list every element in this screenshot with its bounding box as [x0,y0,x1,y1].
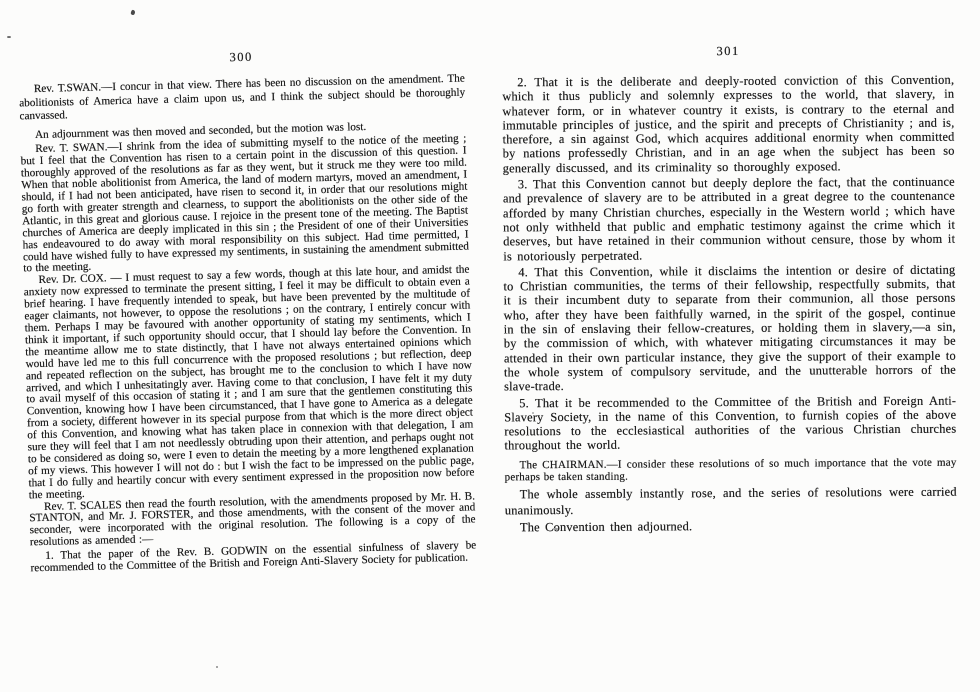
paragraph-resolution-3: 3. That this Convention cannot but deepl… [503,175,956,264]
paragraph-adjourned: The Convention then adjourned. [505,517,957,536]
paragraph-swan-shrink: Rev. T. SWAN.—I shrink from the idea of … [20,134,469,276]
paragraph-swan-concur: Rev. T.SWAN.—I concur in that view. Ther… [19,73,466,125]
scan-speck [532,412,534,414]
scan-speck [7,36,11,38]
page-301: 301 2. That it is the deliberate and dee… [502,43,957,536]
scan-speck [553,528,558,530]
scan-speck [130,9,135,15]
paragraph-resolution-2: 2. That it is the deliberate and deeply-… [502,73,955,176]
page-number-left: 300 [18,45,464,71]
paragraph-resolution-4: 4. That this Convention, while it discla… [503,262,956,393]
page-300: 300 Rev. T.SWAN.—I concur in that view. … [18,45,477,576]
book-spread: 300 Rev. T.SWAN.—I concur in that view. … [0,0,980,692]
scan-speck [216,666,218,668]
paragraph-resolution-5: 5. That it be recommended to the Committ… [504,393,956,453]
paragraph-assembly-rose: The whole assembly instantly rose, and t… [505,485,957,519]
paragraph-dr-cox: Rev. Dr. COX. — I must request to say a … [23,265,474,502]
page-number-right: 301 [502,43,954,61]
paragraph-chairman: The CHAIRMAN.—I consider these resolutio… [505,456,957,484]
